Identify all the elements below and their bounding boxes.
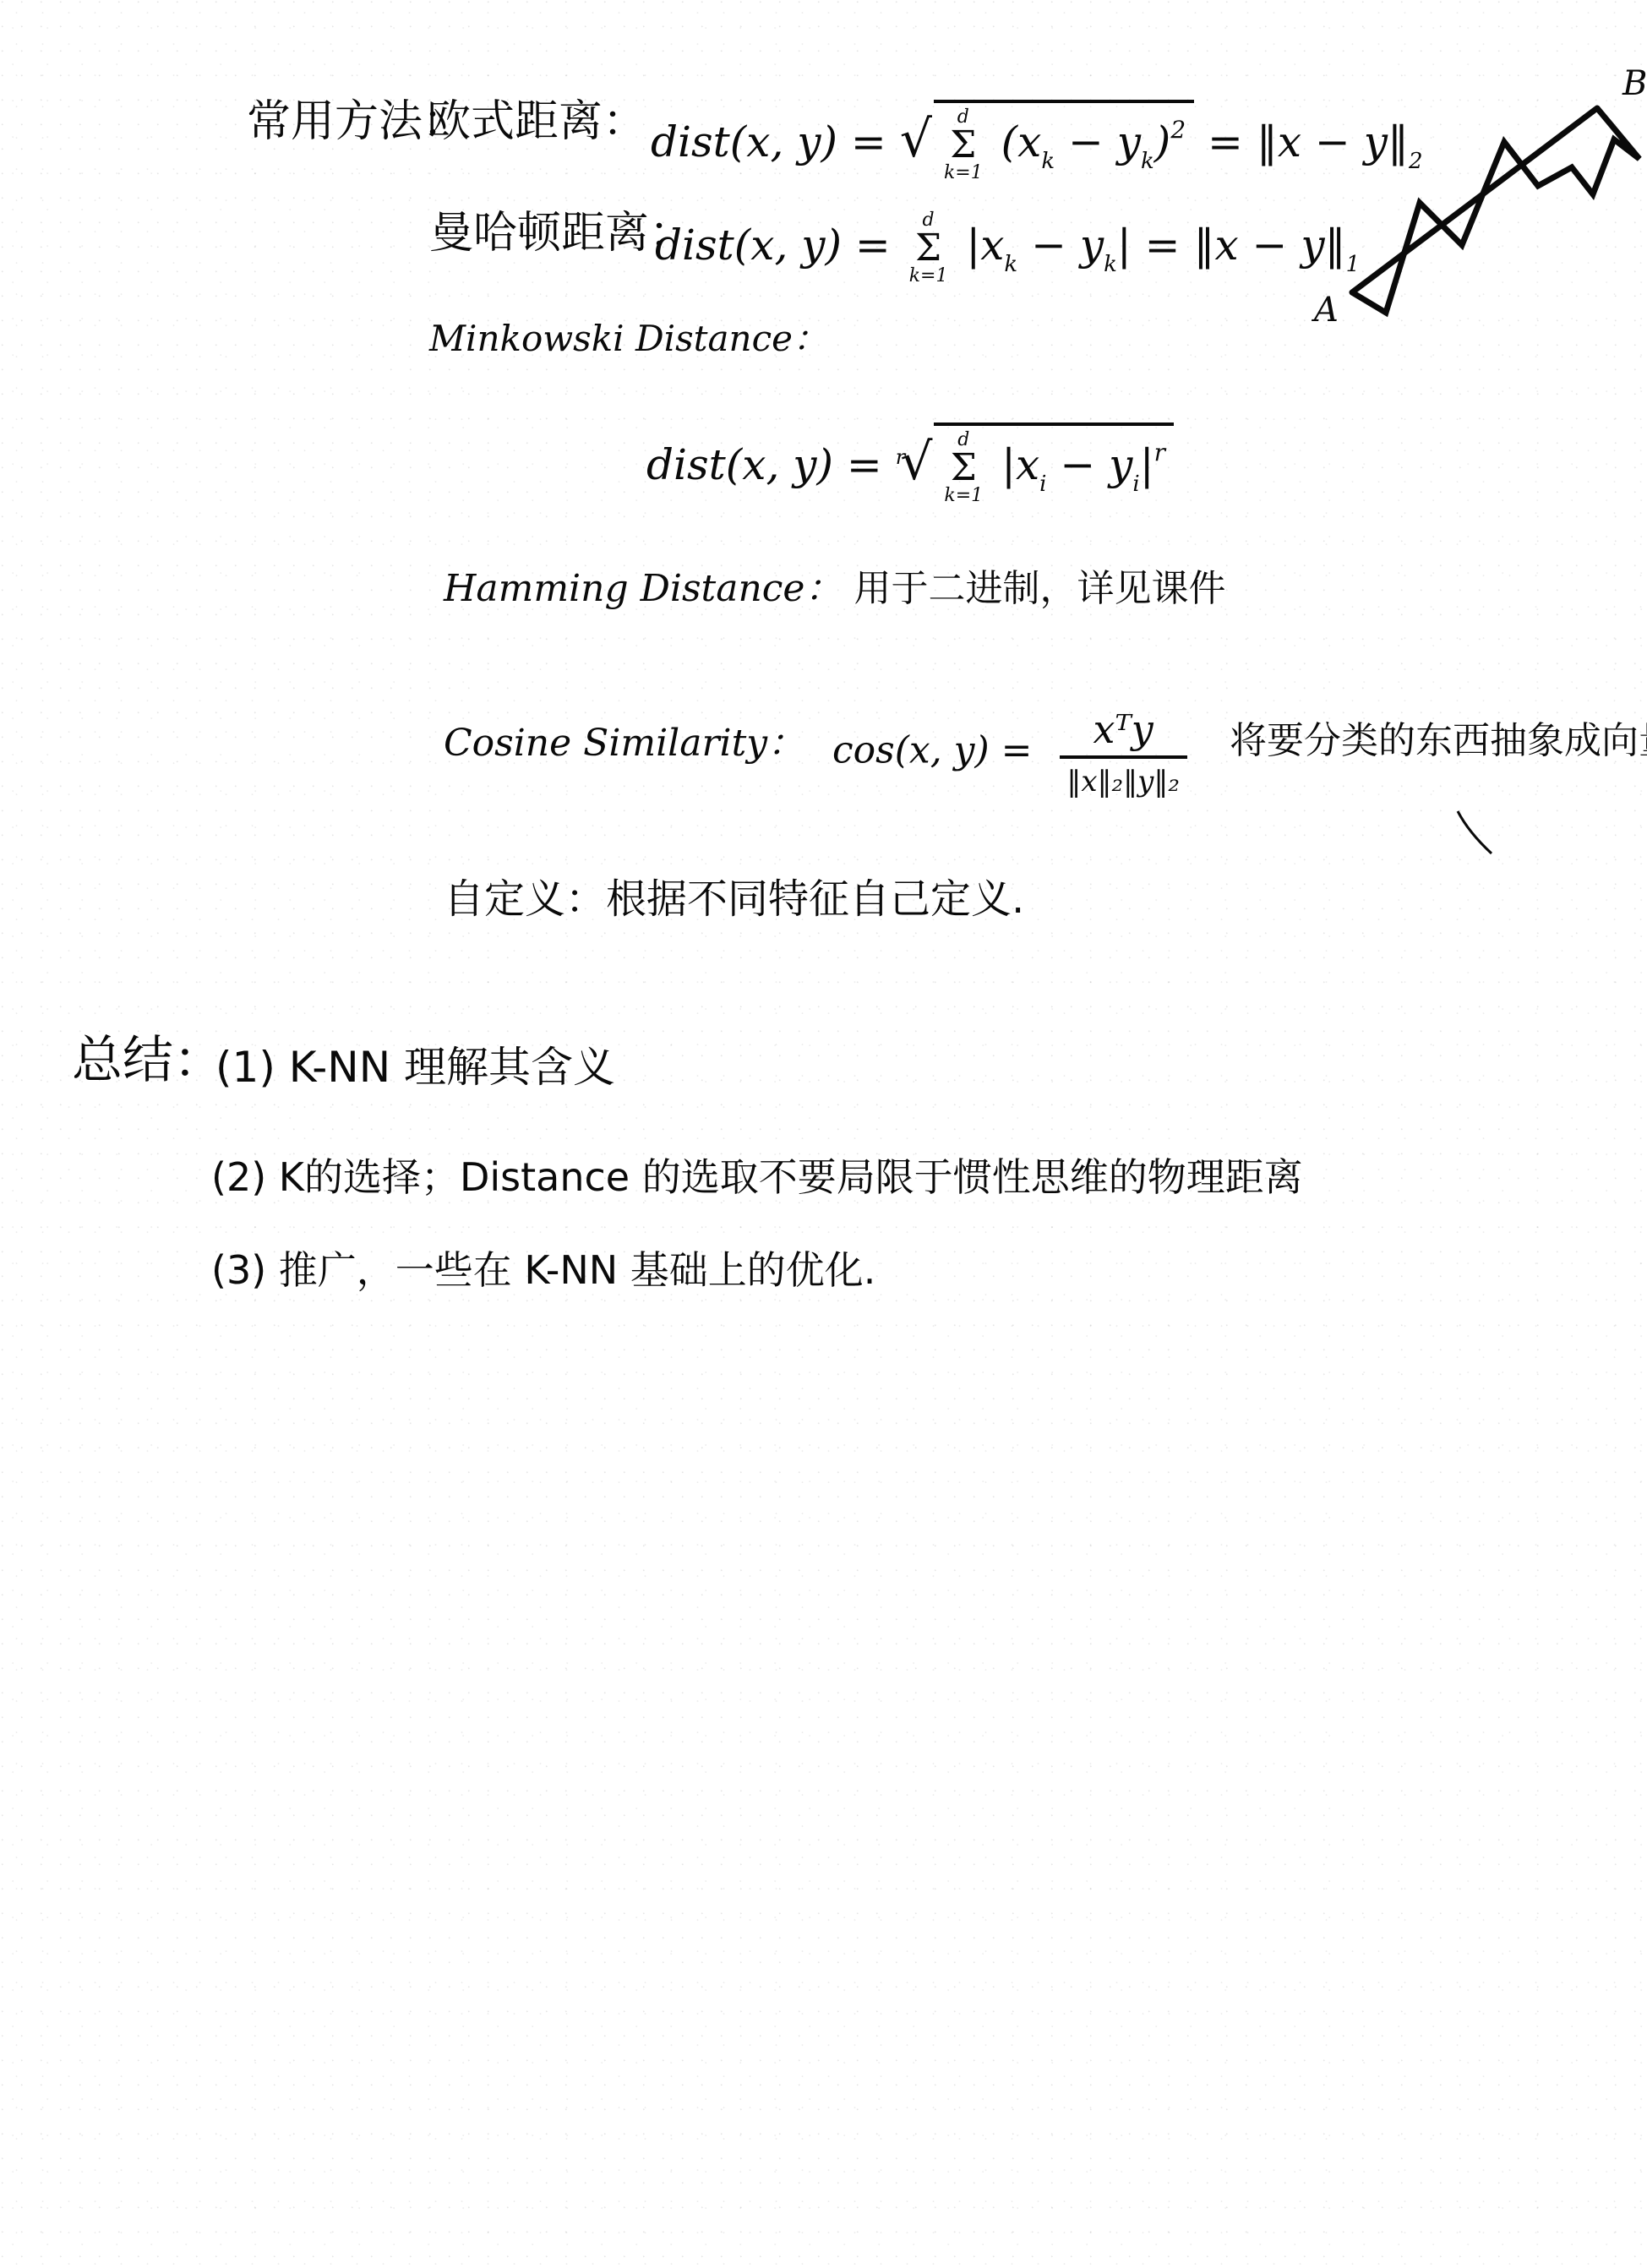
euclidean-label: 欧式距离： — [427, 100, 646, 144]
euclidean-lhs: dist(x, y) = — [651, 117, 886, 166]
zigzag-line — [1352, 108, 1639, 313]
stray-pen-mark-icon — [1453, 807, 1504, 858]
cosine-fraction: xᵀy ‖x‖₂‖y‖₂ — [1060, 710, 1187, 796]
sum-lower: k=1 — [909, 267, 948, 286]
formula-sub: k — [1004, 252, 1017, 277]
hamming-label: Hamming Distance： — [444, 567, 842, 610]
sum-lower: k=1 — [944, 164, 983, 183]
cosine-note: 将要分类的东西抽象成向量. — [1230, 722, 1647, 760]
formula-exponent: r — [1154, 439, 1165, 466]
summary-item: (2) K的选择；Distance 的选取不要局限于惯性思维的物理距离 — [211, 1158, 1303, 1197]
summary-heading: 总结： — [72, 1035, 224, 1086]
cosine-lhs: cos(x, y) = — [832, 729, 1033, 772]
formula-part: |x — [1001, 440, 1039, 489]
zigzag-path-icon: A B — [1293, 42, 1647, 330]
radicand-part: − y — [1055, 117, 1141, 166]
sum-sign-icon: d Σ k=1 — [909, 211, 948, 286]
formula-sub: i — [1132, 472, 1139, 497]
formula-part: − y — [1017, 221, 1104, 270]
custom-definition: 自定义：根据不同特征自己定义. — [444, 879, 1024, 919]
sum-lower: k=1 — [944, 487, 983, 505]
formula-part: − y — [1046, 440, 1132, 489]
formula-part: |x — [966, 221, 1004, 270]
summary-item: (3) 推广，一些在 K-NN 基础上的优化. — [211, 1251, 875, 1289]
notes-page: 常用方法： 欧式距离： dist(x, y) = √ d Σ k=1 (xk −… — [0, 0, 1647, 2268]
radicand-exponent: 2 — [1170, 116, 1186, 144]
formula-sub: k — [1104, 252, 1117, 277]
formula-part: | — [1140, 440, 1154, 489]
cosine-formula: cos(x, y) = xᵀy ‖x‖₂‖y‖₂ — [832, 710, 1203, 796]
manhattan-label: 曼哈顿距离： — [429, 211, 693, 255]
path-diagram: A B — [1293, 42, 1647, 330]
minkowski-lhs: dist(x, y) = — [646, 440, 882, 489]
point-a-label: A — [1311, 291, 1339, 330]
radicand-sub: k — [1041, 149, 1055, 174]
euclidean-radicand: d Σ k=1 (xk − yk)2 — [934, 100, 1194, 183]
radical-icon: √ — [900, 110, 932, 169]
radical-icon: √ — [900, 433, 932, 492]
fraction-denominator: ‖x‖₂‖y‖₂ — [1066, 759, 1180, 796]
cosine-label: Cosine Similarity： — [444, 725, 804, 762]
hamming-row: Hamming Distance： 用于二进制，详见课件 — [444, 570, 1225, 608]
radicand-part: ) — [1154, 117, 1171, 166]
minkowski-label: Minkowski Distance： — [429, 321, 828, 357]
straight-line — [1352, 108, 1597, 292]
radicand-part: (x — [1001, 117, 1042, 166]
manhattan-formula: dist(x, y) = d Σ k=1 |xk − yk| = ‖x − y‖… — [655, 211, 1360, 286]
radicand-sub: k — [1141, 149, 1154, 174]
manhattan-lhs: dist(x, y) = — [655, 221, 891, 270]
formula-part: | — [1117, 221, 1132, 270]
hamming-note: 用于二进制，详见课件 — [853, 567, 1225, 610]
minkowski-formula: dist(x, y) = r√ d Σ k=1 |xi − yi|r — [646, 423, 1174, 505]
sum-sign-icon: d Σ k=1 — [944, 108, 983, 183]
fraction-numerator: xᵀy — [1060, 710, 1187, 755]
summary-item: (1) K-NN 理解其含义 — [215, 1046, 615, 1088]
point-b-label: B — [1622, 64, 1647, 103]
minkowski-radicand: d Σ k=1 |xi − yi|r — [934, 423, 1174, 505]
sum-sign-icon: d Σ k=1 — [944, 431, 983, 505]
